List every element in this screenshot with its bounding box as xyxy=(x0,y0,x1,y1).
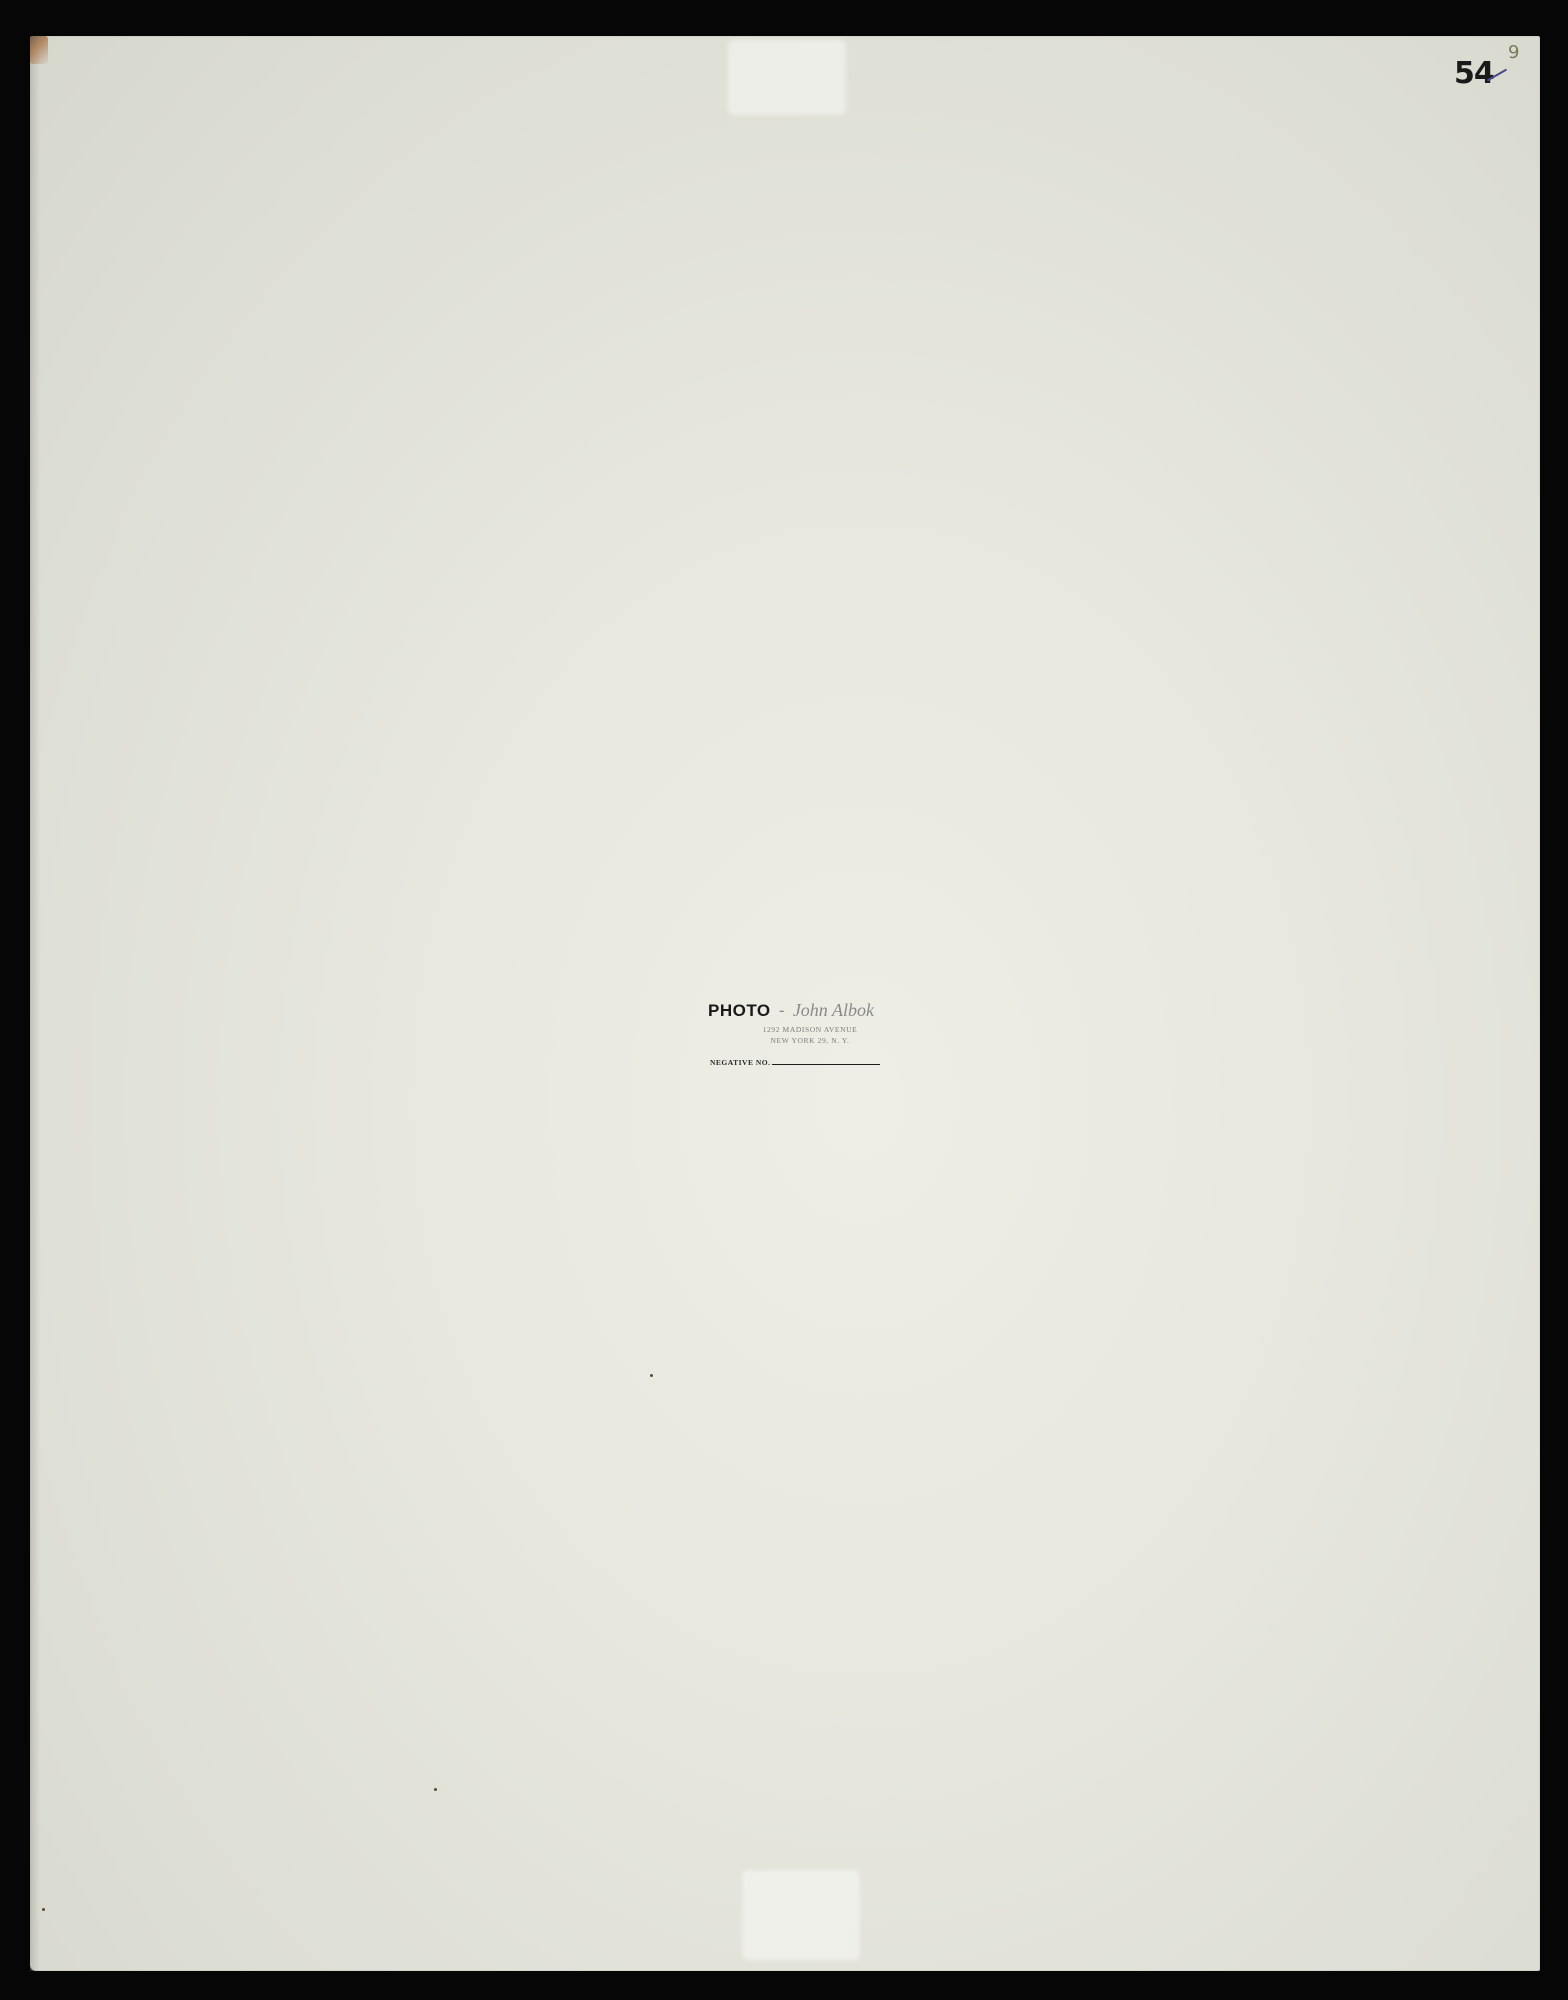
speck-mark xyxy=(42,1908,45,1911)
tape-residue-top xyxy=(728,40,846,115)
stamp-photo-label: PHOTO xyxy=(708,1001,771,1020)
speck-mark xyxy=(650,1374,653,1377)
negative-label: Negative No. xyxy=(710,1058,770,1067)
handwritten-number-text: 54 xyxy=(1454,56,1494,91)
photographer-stamp: PHOTO - John Albok 1292 Madison Avenue N… xyxy=(700,1000,920,1067)
stamp-address-line2: New York 29, N. Y. xyxy=(700,1035,920,1046)
handwritten-small-mark: 9 xyxy=(1508,42,1519,63)
stamp-header: PHOTO - John Albok xyxy=(700,1000,920,1021)
stamp-photographer-name: John Albok xyxy=(793,1000,874,1020)
stamp-negative-number: Negative No. xyxy=(700,1058,920,1067)
stamp-address-line1: 1292 Madison Avenue xyxy=(700,1024,920,1035)
corner-wear-mark xyxy=(30,36,48,64)
speck-mark xyxy=(434,1788,437,1791)
tape-residue-bottom xyxy=(742,1870,860,1960)
handwritten-number: 54 xyxy=(1454,56,1508,91)
stamp-separator: - xyxy=(779,1001,785,1020)
negative-number-line xyxy=(772,1064,880,1065)
scan-background: 54 9 PHOTO - John Albok 1292 Madison Ave… xyxy=(0,0,1568,2000)
